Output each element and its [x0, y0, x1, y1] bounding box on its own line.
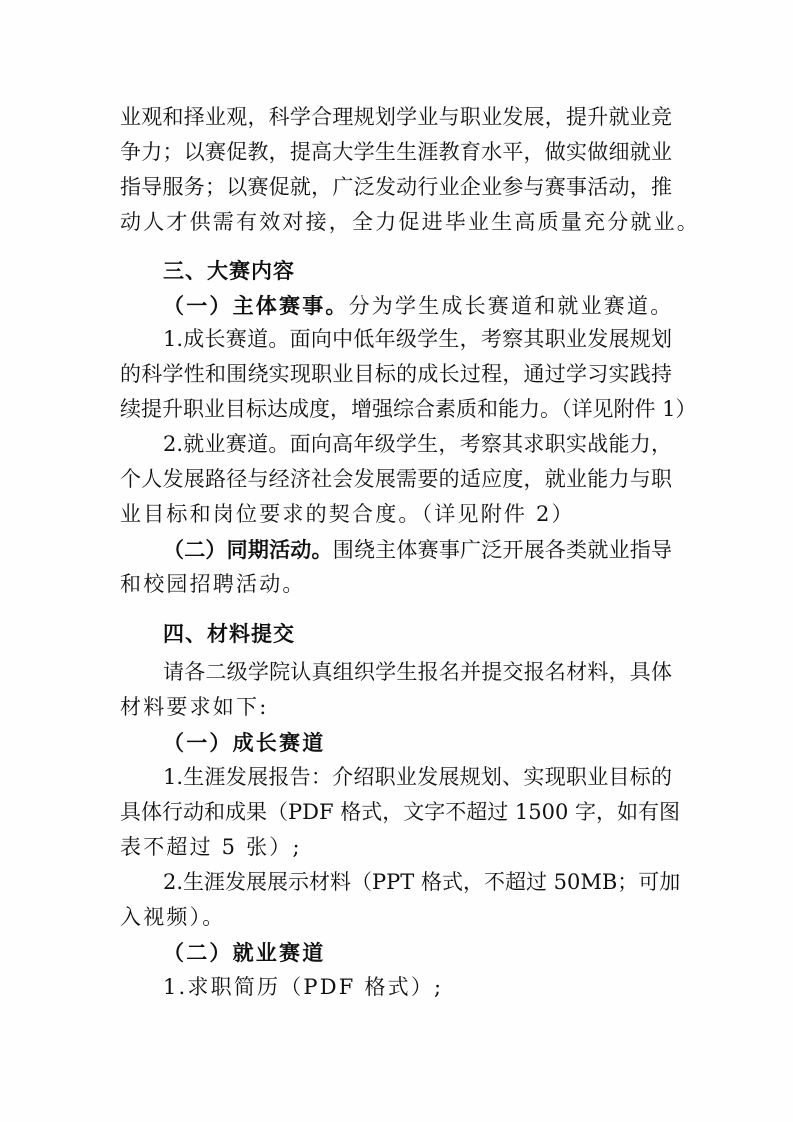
- paragraph-line: 2.生涯发展展示材料（PPT 格式，不超过 50MB；可加: [163, 865, 672, 900]
- subsection-main-events: （一）主体赛事。分为学生成长赛道和就业赛道。: [163, 288, 672, 323]
- paragraph-line: 1.求职简历（PDF 格式）;: [163, 970, 672, 1005]
- paragraph-line: 业观和择业观，科学合理规划学业与职业发展，提升就业竞: [120, 100, 672, 135]
- paragraph-line: 1.生涯发展报告：介绍职业发展规划、实现职业目标的: [163, 760, 672, 795]
- paragraph-line: 的科学性和围绕实现职业目标的成长过程，通过学习实践持: [120, 357, 672, 392]
- paragraph-line: 争力；以赛促教，提高大学生生涯教育水平，做实做细就业: [120, 135, 672, 170]
- subsection-label: （二）同期活动。: [163, 537, 333, 562]
- document-page: 业观和择业观，科学合理规划学业与职业发展，提升就业竞 争力；以赛促教，提高大学生…: [0, 0, 793, 1122]
- section-heading: 三、大赛内容: [163, 253, 672, 288]
- section-heading: 四、材料提交: [163, 616, 672, 651]
- subsection-label: （一）主体赛事。: [163, 293, 349, 318]
- subsection-heading: （一）成长赛道: [163, 725, 672, 760]
- paragraph-line: 入视频）。: [120, 900, 672, 935]
- paragraph-line: 和校园招聘活动。: [120, 567, 672, 602]
- subsection-concurrent-activities: （二）同期活动。围绕主体赛事广泛开展各类就业指导: [163, 532, 672, 567]
- subsection-text: 围绕主体赛事广泛开展各类就业指导: [333, 538, 672, 562]
- paragraph-line: 续提升职业目标达成度，增强综合素质和能力。（详见附件 1）: [120, 392, 672, 427]
- paragraph-line: 1.成长赛道。面向中低年级学生，考察其职业发展规划: [163, 322, 672, 357]
- paragraph-line: 个人发展路径与经济社会发展需要的适应度，就业能力与职: [120, 462, 672, 497]
- paragraph-line: 2.就业赛道。面向高年级学生，考察其求职实战能力，: [163, 427, 672, 462]
- paragraph-line: 请各二级学院认真组织学生报名并提交报名材料，具体: [163, 655, 672, 690]
- paragraph-line: 材料要求如下:: [120, 690, 672, 725]
- subsection-heading: （二）就业赛道: [163, 935, 672, 970]
- paragraph-line: 表不超过 5 张）;: [120, 830, 672, 865]
- paragraph-line: 指导服务；以赛促就，广泛发动行业企业参与赛事活动，推: [120, 170, 672, 205]
- subsection-text: 分为学生成长赛道和就业赛道。: [349, 294, 674, 318]
- paragraph-line: 具体行动和成果（PDF 格式，文字不超过 1500 字，如有图: [120, 795, 672, 830]
- paragraph-line: 动人才供需有效对接，全力促进毕业生高质量充分就业。: [120, 205, 672, 240]
- paragraph-line: 业目标和岗位要求的契合度。（详见附件 2）: [120, 497, 672, 532]
